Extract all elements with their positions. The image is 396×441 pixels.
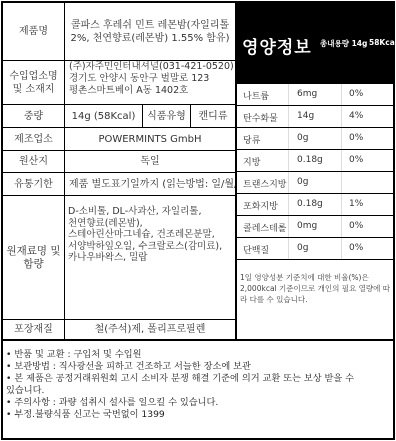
ingredients-label-line1: 원재료명 및	[6, 245, 60, 258]
nutrient-amount: 0g	[297, 243, 308, 253]
food-type-value-text: 캔디류	[199, 110, 228, 123]
nutrient-name: 콜레스테롤	[243, 221, 286, 234]
nutrient-amount: 0g	[297, 133, 308, 143]
product-name-label: 제품명	[3, 3, 64, 60]
nutrient-amount: 0g	[297, 177, 308, 187]
food-type-label-text: 식품유형	[147, 110, 186, 123]
ingredient-line: D-소비톨, DL-사과산, 자일리톨,	[68, 206, 236, 218]
product-name-value: 콜파스 후레쉬 민트 레몬밤(자일리톨 2%, 천연향료(레몬밤) 1.55% …	[65, 3, 235, 60]
origin-label: 원산지	[3, 151, 64, 172]
nutrition-row: 단백질 0g 0%	[237, 238, 393, 260]
ingredients-label: 원재료명 및 함량	[3, 196, 64, 319]
nutrition-row: 포화지방 0.18g 1%	[237, 194, 393, 216]
packaging-label-text: 포장재질	[14, 323, 53, 336]
weight-value: 14g (58Kcal)	[65, 105, 142, 127]
expiry-label: 유통기한	[3, 173, 64, 195]
nutrient-amount: 0.18g	[297, 199, 323, 209]
nutrient-percent: 0%	[349, 243, 363, 253]
manufacturer-label-text: 제조업소	[14, 133, 53, 146]
ingredient-line: 카나우바왁스, 밀랍	[68, 252, 236, 264]
notice-item: 있습니다.	[6, 385, 390, 397]
expiry-value-text: 제품 별도표기일까지 (읽는방법: 일/월/년)	[69, 178, 235, 191]
importer-label-line2: 및 소재지	[13, 83, 55, 96]
notice-item: • 주의사항 : 과량 섭취시 설사를 일으킬 수 있습니다.	[6, 397, 390, 409]
product-name-line1: 콜파스 후레쉬 민트 레몬밤(자일리톨	[71, 19, 229, 32]
nutrient-percent: 1%	[349, 199, 363, 209]
nutrition-note: 1일 영양성분 기준치에 대한 비율(%)은 2,000kcal 기준이므로 개…	[240, 272, 392, 305]
packaging-label: 포장재질	[3, 320, 64, 339]
importer-line2: 경기도 안양시 동안구 벌말로 123	[69, 73, 209, 85]
ingredient-line: 서양박하잎오일, 수크랄로스(감미료),	[68, 241, 236, 253]
notice-item: • 보관방법 : 직사광선을 피하고 건조하고 서늘한 장소에 보관	[6, 361, 390, 373]
nutrition-row: 당류 0g 0%	[237, 128, 393, 150]
nutrient-percent: 0%	[349, 89, 363, 99]
ingredient-line: 스테아린산마그네슘, 건조레몬분말,	[68, 229, 236, 241]
nutrient-name: 포화지방	[243, 199, 278, 212]
importer-label-line1: 수입업소명	[9, 70, 57, 83]
nutrient-percent: 0%	[349, 221, 363, 231]
ingredients-list: D-소비톨, DL-사과산, 자일리톨, 천연향료(레몬밤), 스테아린산마그네…	[68, 206, 236, 264]
expiry-label-text: 유통기한	[14, 178, 53, 191]
notice-list: • 반품 및 교환 : 구입처 및 수입원 • 보관방법 : 직사광선을 피하고…	[6, 349, 390, 421]
divider	[3, 339, 393, 341]
nutrition-row: 나트륨 6mg 0%	[237, 84, 393, 106]
nutrition-row: 탄수화물 14g 4%	[237, 106, 393, 128]
nutrient-name: 트랜스지방	[243, 177, 286, 190]
nutrient-percent: 4%	[349, 111, 363, 121]
manufacturer-value: POWERMINTS GmbH	[65, 128, 235, 150]
product-name-label-text: 제품명	[19, 25, 48, 38]
manufacturer-label: 제조업소	[3, 128, 64, 150]
nutrient-name: 탄수화물	[243, 111, 278, 124]
nutrient-name: 당류	[243, 133, 260, 146]
notice-item: • 본 제품은 공정거래위원회 고시 소비자 분쟁 해결 기준에 의거 교환 또…	[6, 373, 390, 385]
nutrition-row: 콜레스테롤 0mg 0%	[237, 216, 393, 238]
importer-label: 수입업소명 및 소재지	[3, 61, 64, 104]
nutrient-amount: 0.18g	[297, 155, 323, 165]
importer-line3: 평촌스마트베이 A동 1402호	[69, 85, 188, 97]
nutrient-name: 나트륨	[243, 89, 269, 102]
nutrition-total: 총내용량 14g	[320, 38, 367, 49]
nutrition-title: 영양정보	[242, 33, 312, 58]
weight-label: 중량	[3, 105, 64, 127]
food-type-value: 캔디류	[191, 105, 235, 127]
nutrition-row: 지방 0.18g 0%	[237, 150, 393, 172]
nutrient-name: 지방	[243, 155, 260, 168]
nutrient-percent: 0%	[349, 155, 363, 165]
notice-item: • 부정.불량식품 신고는 국번없이 1399	[6, 409, 390, 421]
nutrient-name: 단백질	[243, 243, 269, 256]
food-type-label: 식품유형	[143, 105, 190, 127]
nutrition-row: 트랜스지방 0g	[237, 172, 393, 194]
packaging-value: 철(주석)제, 폴리프로필렌	[65, 320, 235, 339]
origin-value: 독일	[65, 151, 235, 172]
nutrition-calories: 58Kcal	[369, 38, 396, 47]
ingredients-label-line2: 함량	[23, 258, 43, 271]
importer-value: (주)자주민인터내셔널(031-421-0520) 경기도 안양시 동안구 벌말…	[65, 61, 235, 104]
origin-value-text: 독일	[140, 155, 159, 168]
nutrient-amount: 6mg	[297, 89, 317, 99]
expiry-value: 제품 별도표기일까지 (읽는방법: 일/월/년)	[65, 173, 235, 195]
packaging-value-text: 철(주석)제, 폴리프로필렌	[95, 323, 206, 336]
ingredient-line: 천연향료(레몬밤),	[68, 218, 236, 230]
nutrient-percent: 0%	[349, 133, 363, 143]
origin-label-text: 원산지	[19, 155, 48, 168]
nutrient-amount: 14g	[297, 111, 314, 121]
importer-line1: (주)자주민인터내셔널(031-421-0520)	[69, 61, 234, 73]
manufacturer-value-text: POWERMINTS GmbH	[98, 133, 201, 146]
nutrition-header: 영양정보 총내용량 14g 58Kcal	[236, 3, 393, 84]
product-name-line2: 2%, 천연향료(레몬밤) 1.55% 함유)	[71, 32, 230, 45]
weight-value-text: 14g (58Kcal)	[72, 110, 136, 123]
weight-label-text: 중량	[24, 110, 43, 123]
nutrient-amount: 0mg	[297, 221, 317, 231]
notice-item: • 반품 및 교환 : 구입처 및 수입원	[6, 349, 390, 361]
